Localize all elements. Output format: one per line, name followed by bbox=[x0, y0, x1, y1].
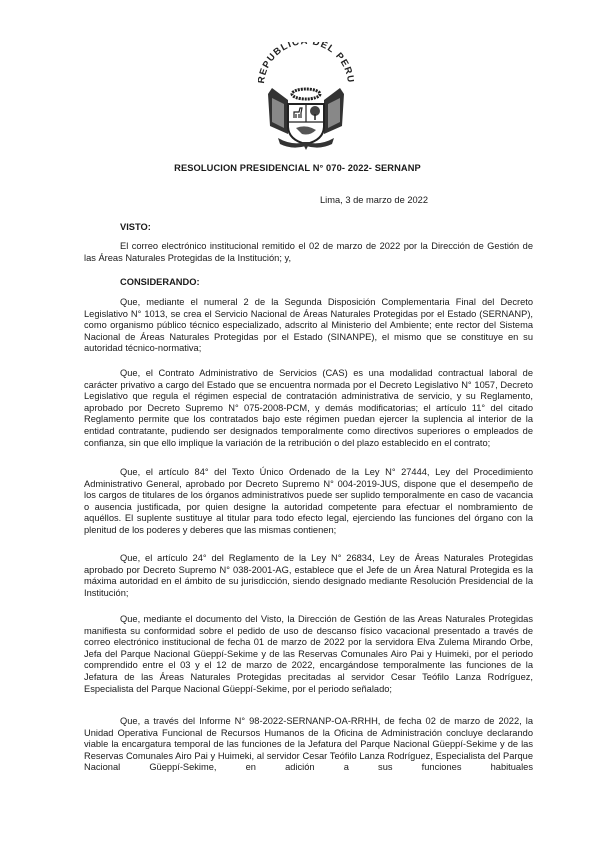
considerando-paragraph: Que, mediante el numeral 2 de la Segunda… bbox=[84, 297, 533, 355]
visto-heading: VISTO: bbox=[120, 222, 151, 232]
document-date: Lima, 3 de marzo de 2022 bbox=[320, 195, 428, 205]
considerando-heading: CONSIDERANDO: bbox=[120, 277, 200, 287]
considerando-paragraph: Que, mediante el documento del Visto, la… bbox=[84, 614, 533, 695]
resolution-title: RESOLUCION PRESIDENCIAL N° 070- 2022- SE… bbox=[0, 163, 595, 173]
peru-coat-of-arms-icon: REPUBLICA DEL PERU bbox=[258, 42, 354, 150]
visto-paragraph: El correo electrónico institucional remi… bbox=[84, 241, 533, 264]
considerando-paragraph: Que, el Contrato Administrativo de Servi… bbox=[84, 368, 533, 449]
svg-text:REPUBLICA DEL PERU: REPUBLICA DEL PERU bbox=[258, 42, 354, 84]
considerando-paragraph: Que, el artículo 84° del Texto Único Ord… bbox=[84, 467, 533, 537]
considerando-paragraph: Que, el artículo 24° del Reglamento de l… bbox=[84, 553, 533, 599]
considerando-paragraph: Que, a través del Informe N° 98-2022-SER… bbox=[84, 716, 533, 774]
